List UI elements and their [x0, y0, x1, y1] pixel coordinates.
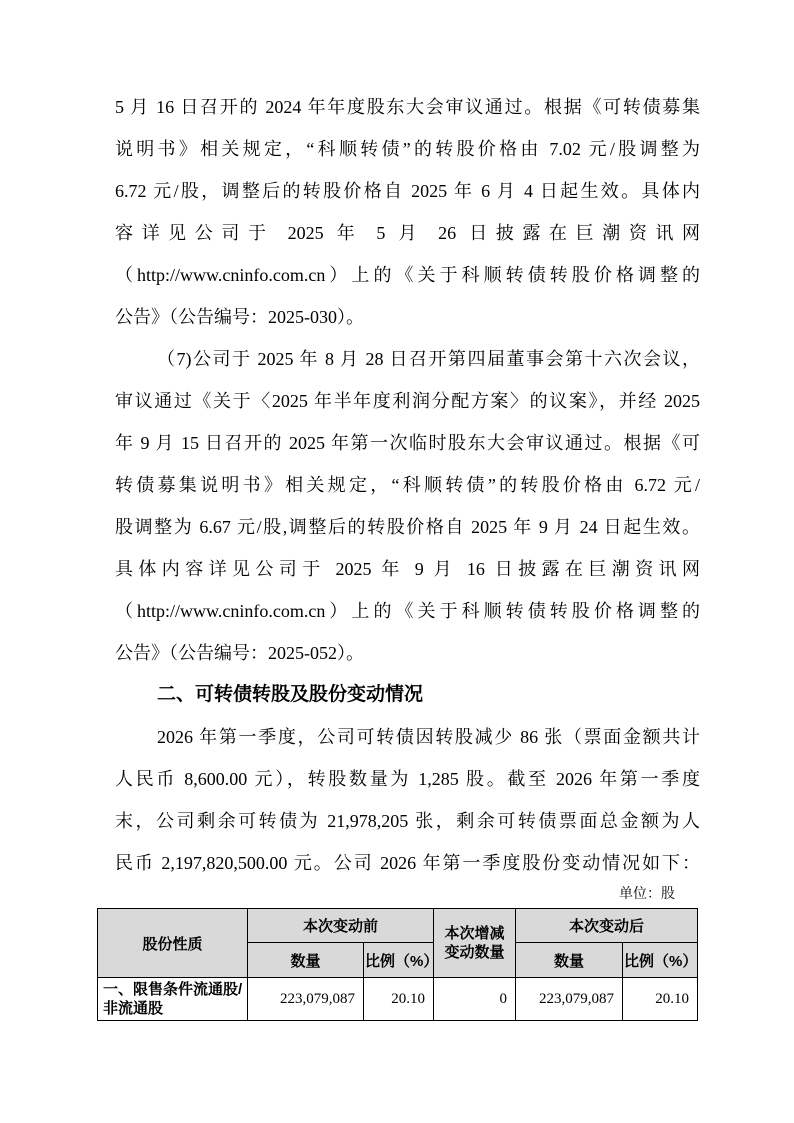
text-line: 审议通过《关于〈2025 年半年度利润分配方案〉的议案》，并经 2025 — [115, 380, 700, 422]
text-line: 股调整为 6.67 元/股,调整后的转股价格自 2025 年 9 月 24 日起… — [115, 506, 700, 548]
header-cell-after-quantity: 数量 — [516, 943, 623, 978]
header-cell-after-ratio: 比例（%） — [623, 943, 698, 978]
table-row: 一、限售条件流通股/ 非流通股 223,079,087 20.10 0 223,… — [98, 978, 698, 1021]
table-header-row-1: 股份性质 本次变动前 本次增减 变动数量 本次变动后 — [98, 909, 698, 943]
text-line: 年 9 月 15 日召开的 2025 年第一次临时股东大会审议通过。根据《可 — [115, 422, 700, 464]
text-line: 容详见公司于 2025 年 5 月 26 日披露在巨潮资讯网 — [115, 212, 700, 254]
text-line: 具体内容详见公司于 2025 年 9 月 16 日披露在巨潮资讯网 — [115, 548, 700, 590]
text-line: 2026 年第一季度，公司可转债因转股减少 86 张（票面金额共计 — [115, 716, 700, 758]
text-line: 民币 2,197,820,500.00 元。公司 2026 年第一季度股份变动情… — [115, 842, 700, 884]
paragraph-1: 5 月 16 日召开的 2024 年年度股东大会审议通过。根据《可转债募集 说明… — [115, 86, 700, 338]
header-cell-change: 本次增减 变动数量 — [434, 909, 516, 978]
header-cell-before-group: 本次变动前 — [248, 909, 434, 943]
row-label-restricted-shares: 一、限售条件流通股/ 非流通股 — [98, 978, 248, 1021]
text-line: （http://www.cninfo.com.cn）上的《关于科顺转债转股价格调… — [115, 590, 700, 632]
text-line: （http://www.cninfo.com.cn）上的《关于科顺转债转股价格调… — [115, 254, 700, 296]
header-cell-before-quantity: 数量 — [248, 943, 364, 978]
row-label-line-2: 非流通股 — [103, 999, 245, 1018]
text-line: 说明书》相关规定，“科顺转债”的转股价格由 7.02 元/股调整为 — [115, 128, 700, 170]
text-line: 转债募集说明书》相关规定，“科顺转债”的转股价格由 6.72 元/ — [115, 464, 700, 506]
text-line: 末，公司剩余可转债为 21,978,205 张，剩余可转债票面总金额为人 — [115, 800, 700, 842]
cell-before-quantity: 223,079,087 — [248, 978, 364, 1021]
row-label-line-1: 一、限售条件流通股/ — [103, 980, 245, 999]
cell-change-quantity: 0 — [434, 978, 516, 1021]
paragraph-3: 2026 年第一季度，公司可转债因转股减少 86 张（票面金额共计 人民币 8,… — [115, 716, 700, 884]
body-text: 5 月 16 日召开的 2024 年年度股东大会审议通过。根据《可转债募集 说明… — [0, 0, 794, 884]
header-cell-before-ratio: 比例（%） — [364, 943, 434, 978]
text-line: （7)公司于 2025 年 8 月 28 日召开第四届董事会第十六次会议， — [115, 338, 700, 380]
header-change-line-1: 本次增减 — [435, 924, 514, 943]
share-change-table: 股份性质 本次变动前 本次增减 变动数量 本次变动后 数量 比例（%） 数量 比… — [97, 908, 698, 1021]
text-line: 公告》（公告编号：2025-052）。 — [115, 632, 700, 674]
paragraph-2: （7)公司于 2025 年 8 月 28 日召开第四届董事会第十六次会议， 审议… — [115, 338, 700, 674]
text-line: 6.72 元/股，调整后的转股价格自 2025 年 6 月 4 日起生效。具体内 — [115, 170, 700, 212]
text-line: 人民币 8,600.00 元），转股数量为 1,285 股。截至 2026 年第… — [115, 758, 700, 800]
cell-after-ratio: 20.10 — [623, 978, 698, 1021]
cell-before-ratio: 20.10 — [364, 978, 434, 1021]
document-page: 5 月 16 日召开的 2024 年年度股东大会审议通过。根据《可转债募集 说明… — [0, 0, 794, 1123]
text-line: 5 月 16 日召开的 2024 年年度股东大会审议通过。根据《可转债募集 — [115, 86, 700, 128]
table-unit-label: 单位：股 — [97, 884, 697, 908]
header-cell-share-type: 股份性质 — [98, 909, 248, 978]
section-heading: 二、可转债转股及股份变动情况 — [115, 674, 700, 716]
cell-after-quantity: 223,079,087 — [516, 978, 623, 1021]
header-change-line-2: 变动数量 — [435, 943, 514, 962]
text-line: 公告》（公告编号：2025-030）。 — [115, 296, 700, 338]
header-cell-after-group: 本次变动后 — [516, 909, 698, 943]
